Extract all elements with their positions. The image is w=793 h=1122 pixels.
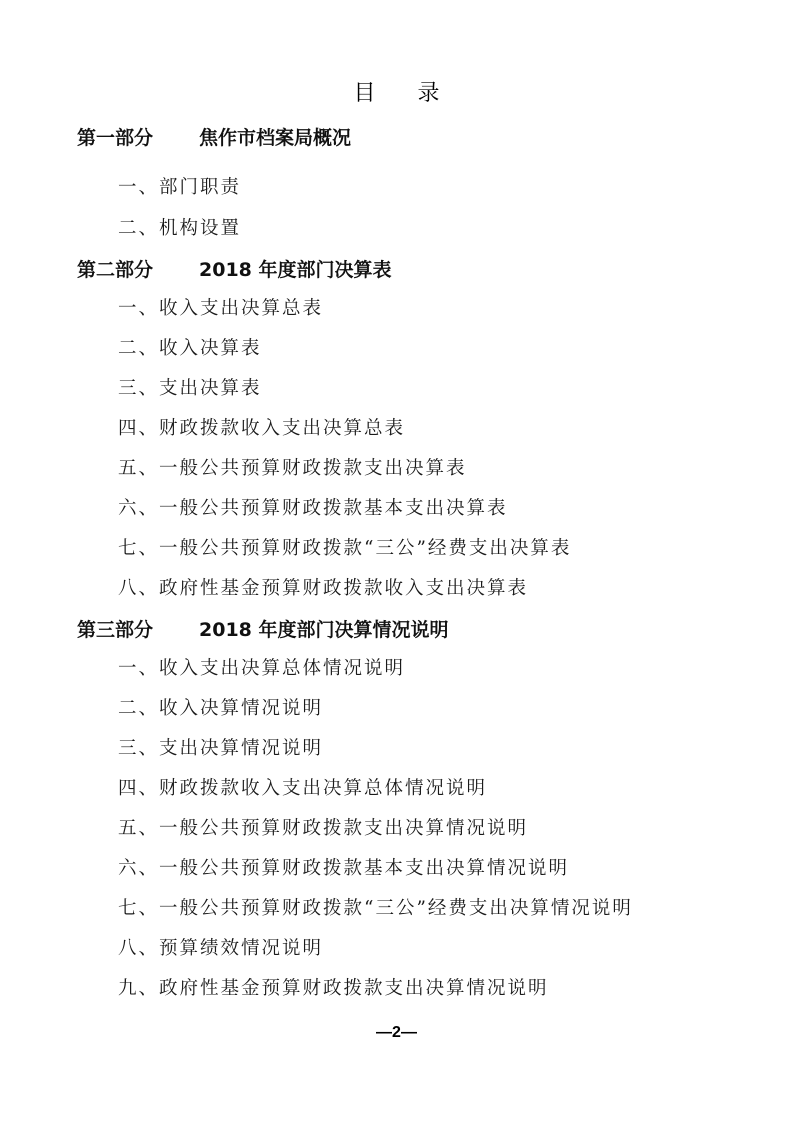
title-char-1: 目 [353, 81, 375, 106]
part-title: 2018 年度部门决算表 [199, 259, 392, 281]
toc-item[interactable]: 五、一般公共预算财政拨款支出决算情况说明 [118, 817, 528, 841]
part-label: 第二部分 [77, 259, 153, 281]
part-title: 2018 年度部门决算情况说明 [199, 619, 449, 641]
toc-item[interactable]: 八、政府性基金预算财政拨款收入支出决算表 [118, 577, 528, 601]
toc-item[interactable]: 三、支出决算情况说明 [118, 737, 323, 761]
page-number: —2— [0, 1024, 793, 1042]
toc-item[interactable]: 一、收入支出决算总体情况说明 [118, 657, 405, 681]
toc-item[interactable]: 四、财政拨款收入支出决算总体情况说明 [118, 777, 487, 801]
toc-item[interactable]: 四、财政拨款收入支出决算总表 [118, 417, 405, 441]
toc-item[interactable]: 二、收入决算表 [118, 337, 262, 361]
toc-item[interactable]: 一、收入支出决算总表 [118, 297, 323, 321]
part-label: 第一部分 [77, 127, 153, 149]
title-char-2: 录 [418, 81, 440, 106]
part-title: 焦作市档案局概况 [199, 127, 351, 149]
part-label: 第三部分 [77, 619, 153, 641]
toc-part-2[interactable]: 第二部分2018 年度部门决算表 [77, 258, 392, 282]
toc-item[interactable]: 七、一般公共预算财政拨款“三公”经费支出决算表 [118, 537, 571, 561]
toc-item[interactable]: 六、一般公共预算财政拨款基本支出决算情况说明 [118, 857, 569, 881]
toc-item[interactable]: 八、预算绩效情况说明 [118, 937, 323, 961]
toc-part-1[interactable]: 第一部分焦作市档案局概况 [77, 126, 351, 150]
toc-part-3[interactable]: 第三部分2018 年度部门决算情况说明 [77, 618, 449, 642]
toc-item[interactable]: 五、一般公共预算财政拨款支出决算表 [118, 457, 467, 481]
toc-item[interactable]: 九、政府性基金预算财政拨款支出决算情况说明 [118, 977, 549, 1001]
toc-item[interactable]: 二、机构设置 [118, 217, 241, 241]
page-title: 目录 [0, 76, 793, 107]
toc-item[interactable]: 七、一般公共预算财政拨款“三公”经费支出决算情况说明 [118, 897, 633, 921]
toc-item[interactable]: 六、一般公共预算财政拨款基本支出决算表 [118, 497, 508, 521]
toc-item[interactable]: 二、收入决算情况说明 [118, 697, 323, 721]
toc-item[interactable]: 三、支出决算表 [118, 377, 262, 401]
toc-item[interactable]: 一、部门职责 [118, 176, 241, 200]
